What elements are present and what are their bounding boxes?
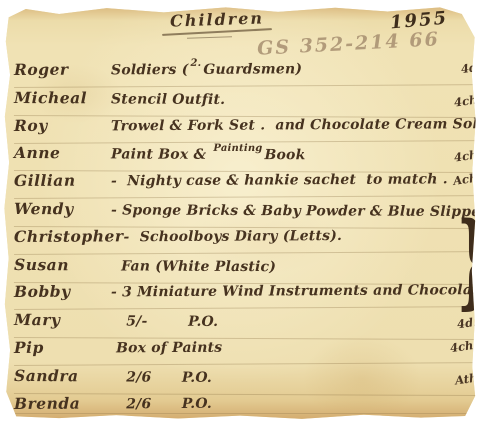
gift-text: - 3 Miniature Wind Instruments and Choco… bbox=[111, 282, 480, 301]
gift-text: - Schoolboys Diary (Letts). bbox=[123, 228, 342, 245]
gift-text: Stencil Outfit. bbox=[111, 91, 225, 107]
entry-note bbox=[459, 404, 478, 407]
entry-name: Bobby bbox=[14, 282, 111, 302]
gift-text: 5/- P.O. bbox=[111, 314, 218, 330]
entry-gift: Box of Paints bbox=[111, 340, 222, 357]
gift-text: Box of Paints bbox=[111, 340, 222, 357]
page-title: Children bbox=[170, 8, 265, 30]
entry-gift: Soldiers (2.Guardsmen) bbox=[111, 61, 302, 78]
list-item: Brenda 2/6 P.O. bbox=[14, 391, 478, 422]
entry-gift: 2/6 P.O. bbox=[111, 369, 212, 385]
entry-gift: - Nighty case & hankie sachet to match . bbox=[111, 172, 448, 190]
entry-name: Anne bbox=[14, 143, 111, 162]
entry-name: Mary bbox=[14, 310, 111, 329]
entry-note: Ath bbox=[454, 370, 479, 387]
catalog-number: GS 352-214 66 bbox=[257, 28, 441, 60]
entry-note: 4ch bbox=[453, 92, 479, 109]
gift-text: - Sponge Bricks & Baby Powder & Blue Sli… bbox=[111, 202, 480, 220]
title-underline bbox=[187, 36, 232, 39]
entry-name: Roy bbox=[14, 115, 111, 135]
gift-text: Soldiers ( bbox=[111, 62, 189, 78]
ruled-line bbox=[12, 413, 470, 414]
entry-note: Ach bbox=[452, 171, 479, 189]
list-item: Gillian - Nighty case & hankie sachet to… bbox=[14, 168, 478, 199]
entry-gift: - Schoolboys Diary (Letts). bbox=[123, 228, 342, 245]
entry-name: Wendy bbox=[14, 199, 111, 218]
entry-note: 4ch bbox=[453, 148, 479, 165]
list-item: Bobby - 3 Miniature Wind Instruments and… bbox=[14, 280, 478, 311]
gift-text: Fan (White Plastic) bbox=[111, 258, 276, 275]
gift-text: 2/6 P.O. bbox=[111, 395, 212, 412]
list-item: Roger Soldiers (2.Guardsmen) 4d bbox=[14, 57, 478, 88]
gift-text: 2/6 P.O. bbox=[111, 369, 212, 385]
entry-name: Gillian bbox=[14, 171, 111, 191]
list-item: Roy Trowel & Fork Set . and Chocolate Cr… bbox=[14, 113, 478, 144]
gift-insert: Painting bbox=[213, 143, 262, 154]
gift-text: Trowel & Fork Set . and Chocolate Cream … bbox=[111, 116, 480, 134]
entry-note: 4d bbox=[458, 60, 479, 77]
paper-sheet: Children 1955 GS 352-214 66 Roger Soldie… bbox=[2, 4, 478, 421]
gift-insert: 2. bbox=[190, 58, 201, 69]
grouping-brace: } bbox=[457, 216, 474, 308]
entry-gift: Trowel & Fork Set . and Chocolate Cream … bbox=[111, 116, 480, 134]
gift-text: - Nighty case & hankie sachet to match . bbox=[111, 172, 448, 190]
entry-gift: - 3 Miniature Wind Instruments and Choco… bbox=[111, 282, 480, 301]
entry-gift: 2/6 P.O. bbox=[111, 395, 212, 412]
entry-name: Christopher bbox=[14, 226, 124, 246]
entry-gift: Stencil Outfit. bbox=[111, 91, 225, 107]
entry-gift: Fan (White Plastic) bbox=[111, 258, 276, 275]
entry-gift: Paint Box & PaintingBook bbox=[111, 147, 306, 164]
entry-name: Sandra bbox=[14, 366, 111, 385]
list-item: Christopher - Schoolboys Diary (Letts). bbox=[14, 224, 478, 255]
entry-name: Roger bbox=[14, 59, 111, 79]
gift-text: Guardsmen) bbox=[203, 61, 302, 78]
entry-name: Micheal bbox=[14, 88, 111, 107]
entry-note: 4ch. bbox=[449, 337, 479, 355]
entry-gift: 5/- P.O. bbox=[111, 314, 218, 330]
entry-name: Brenda bbox=[14, 393, 111, 413]
list-item: Pip Box of Paints 4ch. bbox=[14, 335, 478, 366]
gift-text: Book bbox=[264, 147, 305, 163]
gift-list: Roger Soldiers (2.Guardsmen) 4d Micheal … bbox=[14, 60, 478, 421]
gift-text: Paint Box & bbox=[111, 147, 211, 163]
entry-name: Susan bbox=[14, 255, 111, 274]
entry-gift: - Sponge Bricks & Baby Powder & Blue Sli… bbox=[111, 202, 480, 220]
entry-name: Pip bbox=[14, 337, 111, 357]
